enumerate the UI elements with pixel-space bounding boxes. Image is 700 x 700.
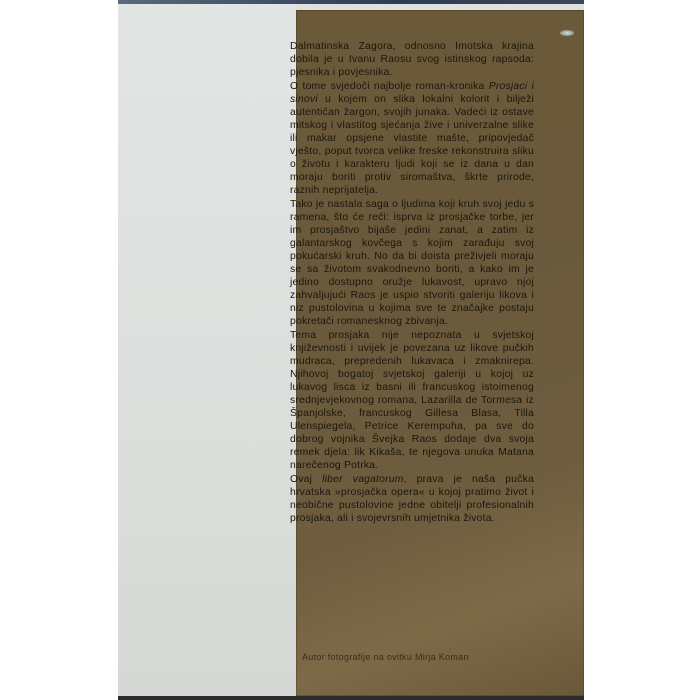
text-run: Dalmatinska Zagora, odnosno Imotska kraj…	[290, 41, 534, 78]
blurb-text: Dalmatinska Zagora, odnosno Imotska kraj…	[290, 40, 534, 526]
blurb-paragraph: Tako je nastala saga o ljudima koji kruh…	[290, 198, 534, 328]
blurb-paragraph: Tema prosjaka nije nepoznata u svjetskoj…	[290, 329, 534, 472]
blurb-paragraph: Ovaj liber vagatorum, prava je naša pučk…	[290, 473, 534, 525]
blurb-paragraph: Dalmatinska Zagora, odnosno Imotska kraj…	[290, 40, 534, 79]
text-run: u kojem on slika lokalni kolorit i bilje…	[290, 94, 534, 196]
text-run: O tome svjedoči najbolje roman-kronika	[290, 81, 489, 92]
photo-credit: Autor fotografije na ovitku Mirja Koman	[302, 652, 542, 662]
text-run: Ovaj	[290, 474, 322, 485]
italic-title: liber vagatorum	[322, 474, 403, 485]
book-bottom-edge	[118, 696, 584, 700]
text-run: Tema prosjaka nije nepoznata u svjetskoj…	[290, 330, 534, 471]
blurb-paragraph: O tome svjedoči najbolje roman-kronika P…	[290, 80, 534, 197]
text-run: Tako je nastala saga o ljudima koji kruh…	[290, 199, 534, 327]
white-cover-panel	[118, 4, 296, 696]
